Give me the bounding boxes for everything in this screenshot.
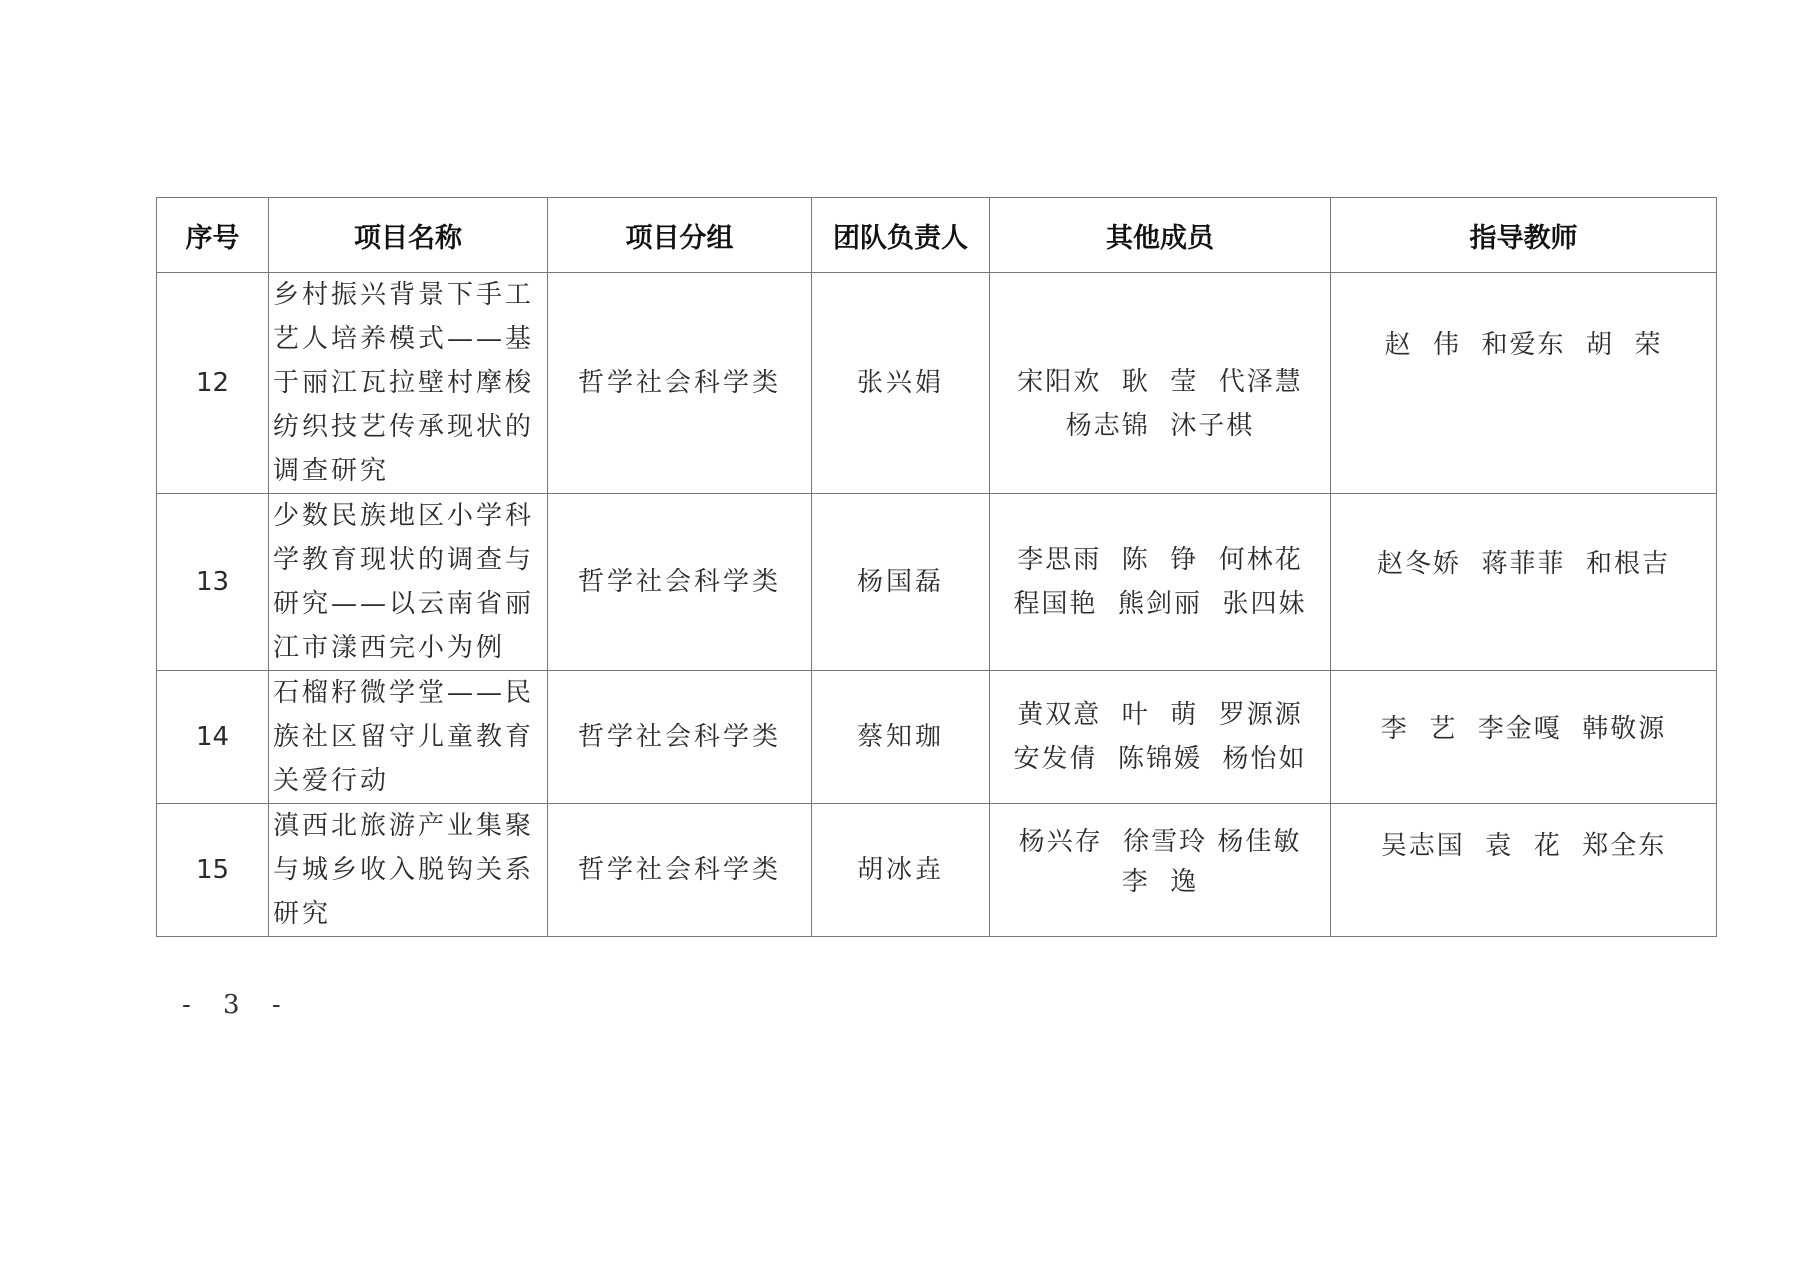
row-index: 12 xyxy=(157,273,269,494)
advisors-text: 赵冬娇 蒋菲菲 和根吉 xyxy=(1377,549,1670,579)
header-team-leader: 团队负责人 xyxy=(812,198,990,273)
row-project-name: 滇西北旅游产业集聚与城乡收入脱钩关系研究 xyxy=(269,804,548,937)
row-advisors: 赵 伟 和爱东 胡 荣 xyxy=(1331,273,1717,494)
row-project-name: 少数民族地区小学科学教育现状的调查与研究——以云南省丽江市漾西完小为例 xyxy=(269,494,548,671)
row-group: 哲学社会科学类 xyxy=(548,494,812,671)
row-leader: 张兴娟 xyxy=(812,273,990,494)
members-line: 杨兴存 徐雪玲 杨佳敏 xyxy=(990,822,1330,862)
table-row: 12 乡村振兴背景下手工艺人培养模式——基于丽江瓦拉壁村摩梭纺织技艺传承现状的调… xyxy=(157,273,1717,494)
project-name-text: 滇西北旅游产业集聚与城乡收入脱钩关系研究 xyxy=(273,804,543,936)
header-project-group: 项目分组 xyxy=(548,198,812,273)
header-advisors: 指导教师 xyxy=(1331,198,1717,273)
members-line: 程国艳 熊剑丽 张四妹 xyxy=(990,582,1330,626)
row-leader: 胡冰垚 xyxy=(812,804,990,937)
row-advisors: 吴志国 袁 花 郑全东 xyxy=(1331,804,1717,937)
row-members: 杨兴存 徐雪玲 杨佳敏 李 逸 xyxy=(990,804,1331,937)
project-name-text: 乡村振兴背景下手工艺人培养模式——基于丽江瓦拉壁村摩梭纺织技艺传承现状的调查研究 xyxy=(273,273,543,493)
row-index: 15 xyxy=(157,804,269,937)
members-line: 杨志锦 沐子棋 xyxy=(990,404,1330,448)
row-leader: 杨国磊 xyxy=(812,494,990,671)
table-header-row: 序号 项目名称 项目分组 团队负责人 其他成员 指导教师 xyxy=(157,198,1717,273)
row-members: 李思雨 陈 铮 何林花 程国艳 熊剑丽 张四妹 xyxy=(990,494,1331,671)
row-project-name: 石榴籽微学堂——民族社区留守儿童教育关爱行动 xyxy=(269,671,548,804)
members-line: 宋阳欢 耿 莹 代泽慧 xyxy=(990,360,1330,404)
row-advisors: 赵冬娇 蒋菲菲 和根吉 xyxy=(1331,494,1717,671)
advisors-text: 李 艺 李金嘎 韩敬源 xyxy=(1381,714,1667,744)
row-group: 哲学社会科学类 xyxy=(548,804,812,937)
row-leader: 蔡知珈 xyxy=(812,671,990,804)
table-row: 14 石榴籽微学堂——民族社区留守儿童教育关爱行动 哲学社会科学类 蔡知珈 黄双… xyxy=(157,671,1717,804)
row-index: 13 xyxy=(157,494,269,671)
table-row: 13 少数民族地区小学科学教育现状的调查与研究——以云南省丽江市漾西完小为例 哲… xyxy=(157,494,1717,671)
header-project-name: 项目名称 xyxy=(269,198,548,273)
members-line: 安发倩 陈锦媛 杨怡如 xyxy=(990,737,1330,781)
row-group: 哲学社会科学类 xyxy=(548,671,812,804)
row-members: 宋阳欢 耿 莹 代泽慧 杨志锦 沐子棋 xyxy=(990,273,1331,494)
row-group: 哲学社会科学类 xyxy=(548,273,812,494)
advisors-text: 赵 伟 和爱东 胡 荣 xyxy=(1384,330,1662,360)
advisors-text: 吴志国 袁 花 郑全东 xyxy=(1381,831,1667,861)
table-row: 15 滇西北旅游产业集聚与城乡收入脱钩关系研究 哲学社会科学类 胡冰垚 杨兴存 … xyxy=(157,804,1717,937)
project-table: 序号 项目名称 项目分组 团队负责人 其他成员 指导教师 12 乡村振兴背景下手… xyxy=(156,197,1717,937)
row-members: 黄双意 叶 萌 罗源源 安发倩 陈锦媛 杨怡如 xyxy=(990,671,1331,804)
page-number: - 3 - xyxy=(182,990,293,1020)
row-index: 14 xyxy=(157,671,269,804)
members-line: 李思雨 陈 铮 何林花 xyxy=(990,538,1330,582)
members-line: 黄双意 叶 萌 罗源源 xyxy=(990,693,1330,737)
header-other-members: 其他成员 xyxy=(990,198,1331,273)
project-name-text: 石榴籽微学堂——民族社区留守儿童教育关爱行动 xyxy=(273,671,543,803)
project-name-text: 少数民族地区小学科学教育现状的调查与研究——以云南省丽江市漾西完小为例 xyxy=(273,494,543,670)
row-advisors: 李 艺 李金嘎 韩敬源 xyxy=(1331,671,1717,804)
header-index: 序号 xyxy=(157,198,269,273)
row-project-name: 乡村振兴背景下手工艺人培养模式——基于丽江瓦拉壁村摩梭纺织技艺传承现状的调查研究 xyxy=(269,273,548,494)
members-line: 李 逸 xyxy=(990,862,1330,902)
